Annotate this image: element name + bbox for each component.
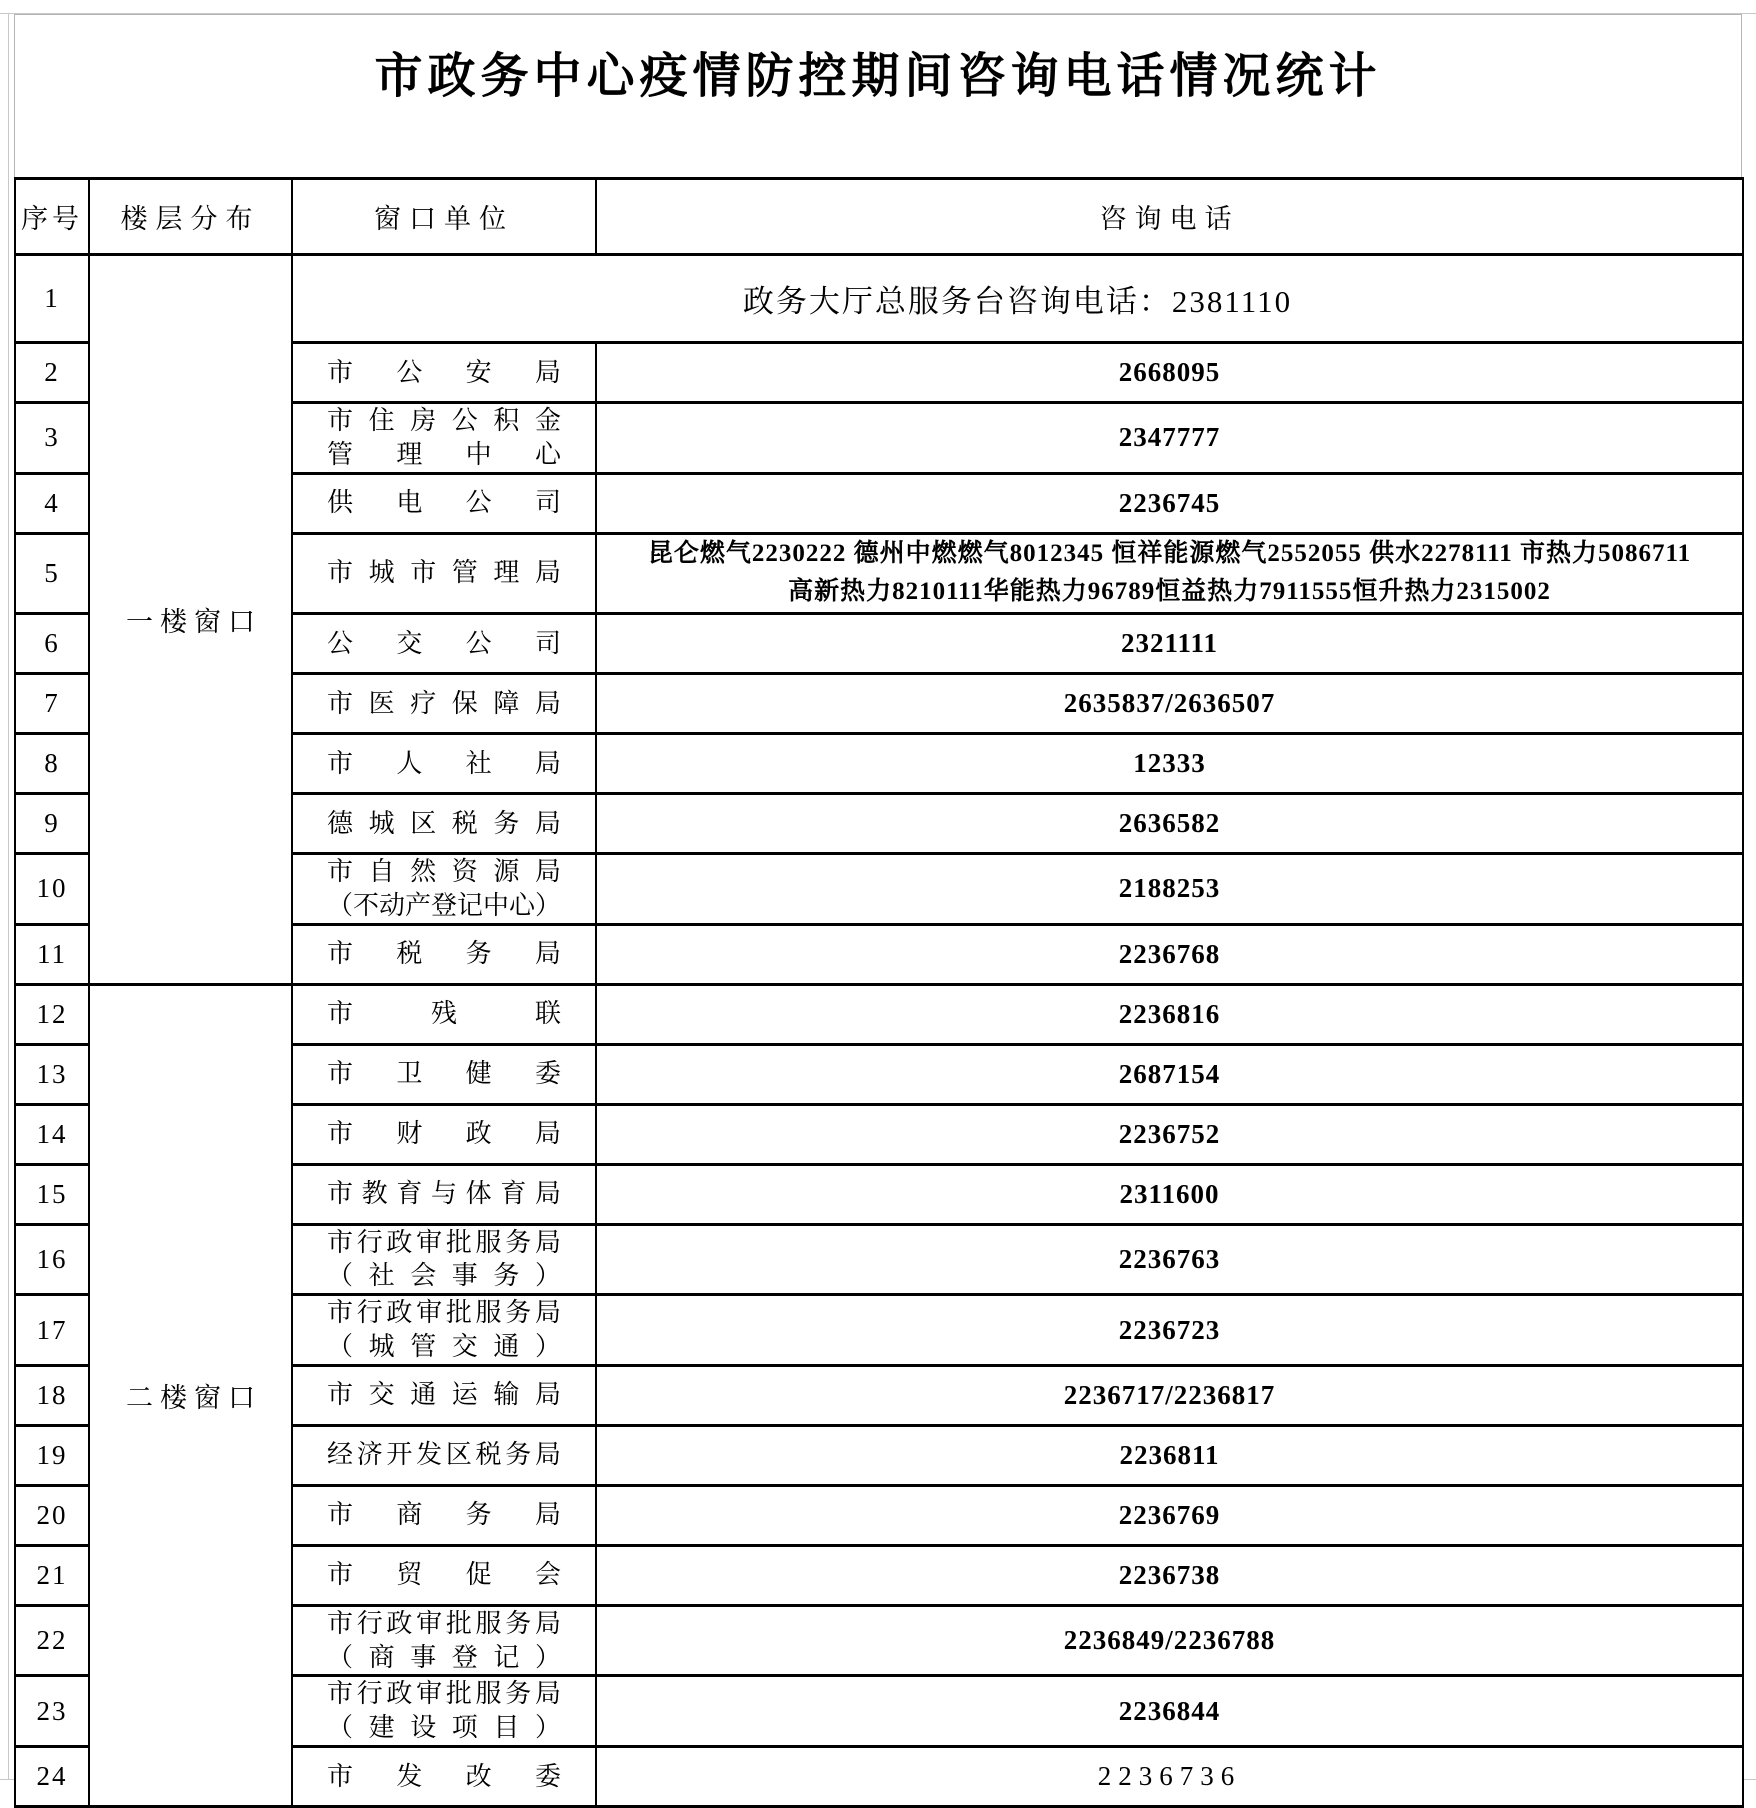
phone-cell: 2188253 xyxy=(596,854,1743,925)
unit-name-line2: （社会事务） xyxy=(293,1259,595,1293)
unit-cell: 市人社局 xyxy=(292,734,596,794)
phone-cell: 昆仑燃气2230222 德州中燃燃气8012345 恒祥能源燃气2552055 … xyxy=(596,533,1743,614)
phone-cell: 2687154 xyxy=(596,1044,1743,1104)
unit-name: 市住房公积金 xyxy=(293,404,595,438)
unit-cell: 市税务局 xyxy=(292,924,596,984)
unit-name: 市发改委 xyxy=(293,1760,595,1794)
header-col-unit: 窗口单位 xyxy=(292,179,596,255)
phone-cell: 2236736 xyxy=(596,1747,1743,1807)
unit-name: 市商务局 xyxy=(293,1498,595,1532)
seq-cell: 20 xyxy=(15,1485,89,1545)
unit-name: 市人社局 xyxy=(293,747,595,781)
unit-cell: 市交通运输局 xyxy=(292,1365,596,1425)
unit-name-line2: （商事登记） xyxy=(293,1641,595,1675)
unit-name: 市行政审批服务局 xyxy=(293,1226,595,1260)
unit-name: 供电公司 xyxy=(293,486,595,520)
unit-cell: 市发改委 xyxy=(292,1747,596,1807)
unit-cell: 公交公司 xyxy=(292,614,596,674)
phone-cell: 2236763 xyxy=(596,1224,1743,1295)
unit-name: 公交公司 xyxy=(293,627,595,661)
phone-cell: 2321111 xyxy=(596,614,1743,674)
phone-cell: 12333 xyxy=(596,734,1743,794)
unit-cell: 供电公司 xyxy=(292,473,596,533)
seq-cell: 1 xyxy=(15,255,89,343)
unit-name: 市卫健委 xyxy=(293,1057,595,1091)
unit-name: 市行政审批服务局 xyxy=(293,1677,595,1711)
sheet-gridline-left xyxy=(8,13,9,1779)
phone-cell: 2236816 xyxy=(596,984,1743,1044)
unit-cell: 市行政审批服务局（建设项目） xyxy=(292,1676,596,1747)
seq-cell: 10 xyxy=(15,854,89,925)
floor-cell-first-floor: 一楼窗口 xyxy=(89,255,292,985)
seq-cell: 4 xyxy=(15,473,89,533)
phone-cell: 2311600 xyxy=(596,1164,1743,1224)
seq-cell: 14 xyxy=(15,1104,89,1164)
unit-name: 市自然资源局 xyxy=(293,855,595,889)
unit-cell: 市商务局 xyxy=(292,1485,596,1545)
unit-cell: 市公安局 xyxy=(292,343,596,403)
phone-cell: 2236768 xyxy=(596,924,1743,984)
unit-name: 市行政审批服务局 xyxy=(293,1607,595,1641)
document: 市政务中心疫情防控期间咨询电话情况统计 序号 楼层分布 窗口单位 咨询电话 1 … xyxy=(14,14,1742,1808)
floor-cell-second-floor: 二楼窗口 xyxy=(89,984,292,1806)
unit-name: 市财政局 xyxy=(293,1117,595,1151)
unit-name: 市交通运输局 xyxy=(293,1378,595,1412)
page-title: 市政务中心疫情防控期间咨询电话情况统计 xyxy=(15,15,1741,106)
unit-cell: 市城市管理局 xyxy=(292,533,596,614)
table-row: 12 二楼窗口 市残联 2236816 xyxy=(15,984,1743,1044)
title-block: 市政务中心疫情防控期间咨询电话情况统计 xyxy=(14,14,1742,177)
seq-cell: 24 xyxy=(15,1747,89,1807)
unit-name: 市贸促会 xyxy=(293,1558,595,1592)
phone-cell: 2236717/2236817 xyxy=(596,1365,1743,1425)
seq-cell: 15 xyxy=(15,1164,89,1224)
unit-name: 市残联 xyxy=(293,997,595,1031)
phone-cell: 2236844 xyxy=(596,1676,1743,1747)
phone-cell: 2236849/2236788 xyxy=(596,1605,1743,1676)
service-desk-cell: 政务大厅总服务台咨询电话：2381110 xyxy=(292,255,1743,343)
unit-name: 市医疗保障局 xyxy=(293,687,595,721)
seq-cell: 13 xyxy=(15,1044,89,1104)
phone-cell: 2636582 xyxy=(596,794,1743,854)
phone-directory-table: 序号 楼层分布 窗口单位 咨询电话 1 一楼窗口 政务大厅总服务台咨询电话：23… xyxy=(14,177,1744,1808)
floor-label: 二楼窗口 xyxy=(90,1376,291,1415)
unit-name-line2: （不动产登记中心） xyxy=(293,889,595,923)
phone-cell: 2347777 xyxy=(596,403,1743,474)
seq-cell: 22 xyxy=(15,1605,89,1676)
unit-name: 市城市管理局 xyxy=(293,556,595,590)
unit-cell: 经济开发区税务局 xyxy=(292,1425,596,1485)
unit-cell: 市行政审批服务局（社会事务） xyxy=(292,1224,596,1295)
seq-cell: 9 xyxy=(15,794,89,854)
unit-cell: 市行政审批服务局（商事登记） xyxy=(292,1605,596,1676)
unit-cell: 德城区税务局 xyxy=(292,794,596,854)
phone-cell: 2635837/2636507 xyxy=(596,674,1743,734)
unit-cell: 市住房公积金管理中心 xyxy=(292,403,596,474)
seq-cell: 18 xyxy=(15,1365,89,1425)
unit-cell: 市教育与体育局 xyxy=(292,1164,596,1224)
seq-cell: 5 xyxy=(15,533,89,614)
floor-label: 一楼窗口 xyxy=(90,600,291,639)
seq-cell: 16 xyxy=(15,1224,89,1295)
unit-name: 市行政审批服务局 xyxy=(293,1296,595,1330)
unit-name-line2: （建设项目） xyxy=(293,1711,595,1745)
unit-cell: 市卫健委 xyxy=(292,1044,596,1104)
unit-name-line2: （城管交通） xyxy=(293,1330,595,1364)
seq-cell: 11 xyxy=(15,924,89,984)
unit-cell: 市自然资源局（不动产登记中心） xyxy=(292,854,596,925)
unit-name: 经济开发区税务局 xyxy=(293,1438,595,1472)
phone-cell: 2236769 xyxy=(596,1485,1743,1545)
seq-cell: 12 xyxy=(15,984,89,1044)
phone-cell: 2236723 xyxy=(596,1295,1743,1366)
phone-cell: 2668095 xyxy=(596,343,1743,403)
seq-cell: 23 xyxy=(15,1676,89,1747)
phone-cell: 2236811 xyxy=(596,1425,1743,1485)
unit-name: 德城区税务局 xyxy=(293,807,595,841)
seq-cell: 7 xyxy=(15,674,89,734)
seq-cell: 17 xyxy=(15,1295,89,1366)
unit-cell: 市行政审批服务局（城管交通） xyxy=(292,1295,596,1366)
unit-cell: 市贸促会 xyxy=(292,1545,596,1605)
unit-cell: 市医疗保障局 xyxy=(292,674,596,734)
phone-cell: 2236745 xyxy=(596,473,1743,533)
seq-cell: 21 xyxy=(15,1545,89,1605)
unit-name: 市公安局 xyxy=(293,356,595,390)
header-col-no: 序号 xyxy=(15,179,89,255)
seq-cell: 2 xyxy=(15,343,89,403)
phone-cell: 2236738 xyxy=(596,1545,1743,1605)
unit-name: 市税务局 xyxy=(293,937,595,971)
unit-cell: 市财政局 xyxy=(292,1104,596,1164)
seq-cell: 8 xyxy=(15,734,89,794)
unit-name: 市教育与体育局 xyxy=(293,1177,595,1211)
seq-cell: 3 xyxy=(15,403,89,474)
unit-cell: 市残联 xyxy=(292,984,596,1044)
unit-name-line2: 管理中心 xyxy=(293,438,595,472)
header-row: 序号 楼层分布 窗口单位 咨询电话 xyxy=(15,179,1743,255)
seq-cell: 6 xyxy=(15,614,89,674)
phone-cell: 2236752 xyxy=(596,1104,1743,1164)
header-col-phone: 咨询电话 xyxy=(596,179,1743,255)
header-col-floor: 楼层分布 xyxy=(89,179,292,255)
table-row: 1 一楼窗口 政务大厅总服务台咨询电话：2381110 xyxy=(15,255,1743,343)
seq-cell: 19 xyxy=(15,1425,89,1485)
